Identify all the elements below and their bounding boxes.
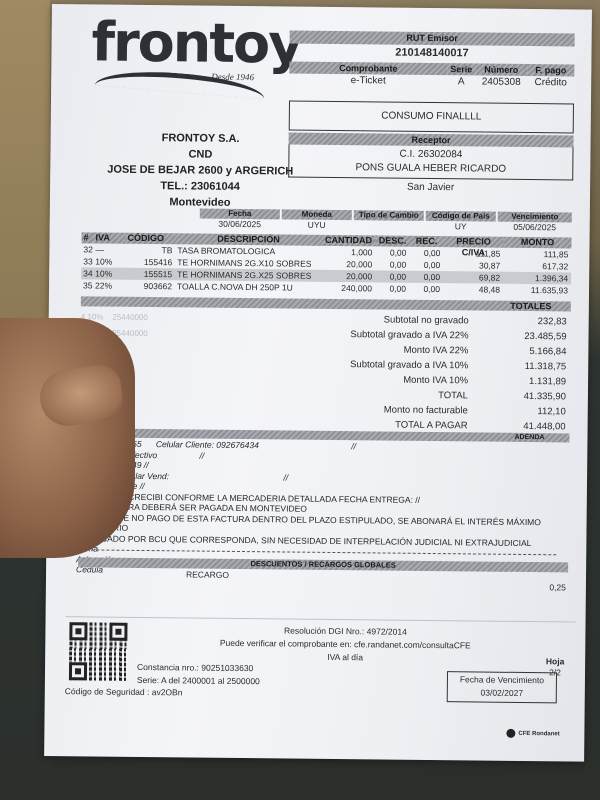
vencimiento-value: 05/06/2025 [498,222,572,234]
qr-finder-icon [109,623,127,641]
constancia-nro: Constancia nro.: 90251033630 [137,661,260,675]
item-num: 35 [81,279,93,291]
consumo-final-box: CONSUMO FINALLLL [289,100,574,133]
rut-value: 210148140017 [289,43,574,62]
totals-label: Subtotal gravado a IVA 22% [298,327,468,344]
item-discount: 0,00 [375,258,409,270]
cfe-rondanet-logo: CFE Rondanet [506,729,559,739]
comprobante-value: e-Ticket [289,73,447,88]
receptor-name: PONS GUALA HEBER RICARDO [289,160,572,177]
totals-block: Subtotal no gravado232,83Subtotal gravad… [298,312,571,435]
item-qty: 20,000 [321,270,375,283]
serie-header: Serie [447,63,475,75]
item-num: 33 [81,255,93,267]
footer-center: Resolución DGI Nro.: 4972/2014 Puede ver… [195,624,495,666]
adenda-slashes: // [351,441,356,451]
numero-value: 2405308 [475,75,527,89]
item-code: 155515 [125,268,175,281]
receptor-box: C.I. 26302084 PONS GUALA HEBER RICARDO [288,144,573,180]
totals-label: TOTAL [298,387,468,404]
numero-header: Número [475,63,527,76]
items-table: # IVA CÓDIGO DESCRIPCIÓN CANTIDAD DESC. … [81,232,572,296]
col-cantidad: CANTIDAD [321,235,375,247]
totals-value: 112,10 [468,403,570,419]
codigo-seguridad: Código de Seguridad : av2OBn [65,686,183,697]
fechas-grid: Fecha Moneda Tipo de Cambio Código de Pa… [200,209,570,234]
item-iva: 10% [93,267,125,279]
serie-value: A [447,75,475,88]
tipo-cambio-value [354,220,424,232]
col-rec: REC. [409,236,443,247]
adenda-label: ADENDA [489,433,569,443]
col-precio: PRECIO C/IVA [443,236,503,248]
rut-emisor: RUT Emisor 210148140017 [289,30,574,62]
hand [0,318,135,558]
item-qty: 20,000 [321,258,375,271]
totals-label: Subtotal no gravado [299,312,469,329]
col-iva: IVA [93,232,125,243]
totals-value: 41.335,90 [468,388,570,404]
totals-label: Monto IVA 10% [298,372,468,389]
totals-label: Monto IVA 22% [298,342,468,359]
vencimiento-label: Fecha de Vencimiento [448,673,556,687]
emisor-block: FRONTOY S.A. CND JOSE DE BEJAR 2600 y AR… [90,129,311,211]
item-iva: 10% [93,255,125,267]
item-iva: 22% [93,279,125,291]
frontoy-logo: frontoy [91,10,301,75]
footer-divider [66,616,576,622]
item-iva: — [93,243,125,255]
totals-value: 11.318,75 [468,358,570,374]
fecha-vencimiento-box: Fecha de Vencimiento 03/02/2027 [447,671,557,703]
comprobante-grid: Comprobante Serie Número F. pago e-Ticke… [289,61,574,89]
item-qty: 240,000 [321,282,375,295]
receptor-block: Receptor C.I. 26302084 PONS GUALA HEBER … [288,132,574,194]
item-discount: 0,00 [375,282,409,294]
item-amount: 111,85 [503,248,571,261]
adenda-slashes-3: // [283,472,288,482]
receptor-city: San Javier [288,180,573,194]
rondanet-icon [506,729,515,738]
recargo-label: RECARGO [186,569,229,579]
item-price: 48,48 [443,283,503,296]
codigo-pais-value: UY [426,221,496,233]
item-num: 34 [81,267,93,279]
item-amount: 11.635,93 [503,284,571,297]
item-amount: 1.396,34 [503,272,571,285]
item-price: 69,82 [443,271,503,284]
item-discount: 0,00 [375,270,409,282]
fecha-value: 30/06/2025 [200,219,280,231]
item-rec: 0,00 [409,247,443,259]
totals-value: 5.166,84 [468,343,570,359]
item-code: 903662 [125,280,175,293]
qr-finder-icon [69,622,87,640]
col-monto: MONTO [503,237,571,249]
hoja-label: Hoja [546,656,565,666]
col-num: # [81,232,93,243]
item-amount: 617,32 [503,260,571,273]
moneda-value: UYU [282,219,352,231]
item-price: 111,85 [443,247,503,260]
serie-range: Serie: A del 2400001 al 2500000 [137,674,260,688]
col-codigo: CÓDIGO [125,233,175,245]
totals-value: 232,83 [469,313,571,329]
item-num: 32 [81,243,93,255]
tipo-cambio-header: Tipo de Cambio [354,210,424,221]
provider-name: CFE Rondanet [518,730,559,736]
emisor-address: JOSE DE BEJAR 2600 y ARGERICH [90,161,310,179]
vencimiento-date: 03/02/2027 [448,686,556,700]
item-rec: 0,00 [409,283,443,295]
adenda-slashes-2: // [199,450,204,460]
item-desc: TOALLA C.NOVA DH 250P 1U [175,280,321,294]
totals-value: 23.485,59 [468,328,570,344]
totals-label: Subtotal gravado a IVA 10% [298,357,468,374]
item-rec: 0,00 [409,259,443,271]
totals-label: Monto no facturable [298,402,468,419]
item-code: 155416 [125,256,175,269]
item-qty: 1,000 [321,246,375,259]
fpago-header: F. pago [527,64,574,76]
qr-finder-icon [69,662,87,680]
item-discount: 0,00 [375,246,409,258]
totales-label: TOTALES [491,301,571,312]
item-rec: 0,00 [409,271,443,283]
logo-tagline: Desde 1946 [211,72,254,82]
item-code: TB [125,244,175,257]
adenda-celular-cliente: Celular Cliente: 092676434 [156,439,259,450]
recargo-value: 0,25 [526,582,566,592]
totals-value: 1.131,89 [468,373,570,389]
qr-code-icon[interactable] [69,622,128,681]
col-desc: DESC. [375,235,409,246]
fpago-value: Crédito [527,76,574,89]
item-price: 30,87 [443,259,503,272]
constancia-block: Constancia nro.: 90251033630 Serie: A de… [137,661,260,688]
